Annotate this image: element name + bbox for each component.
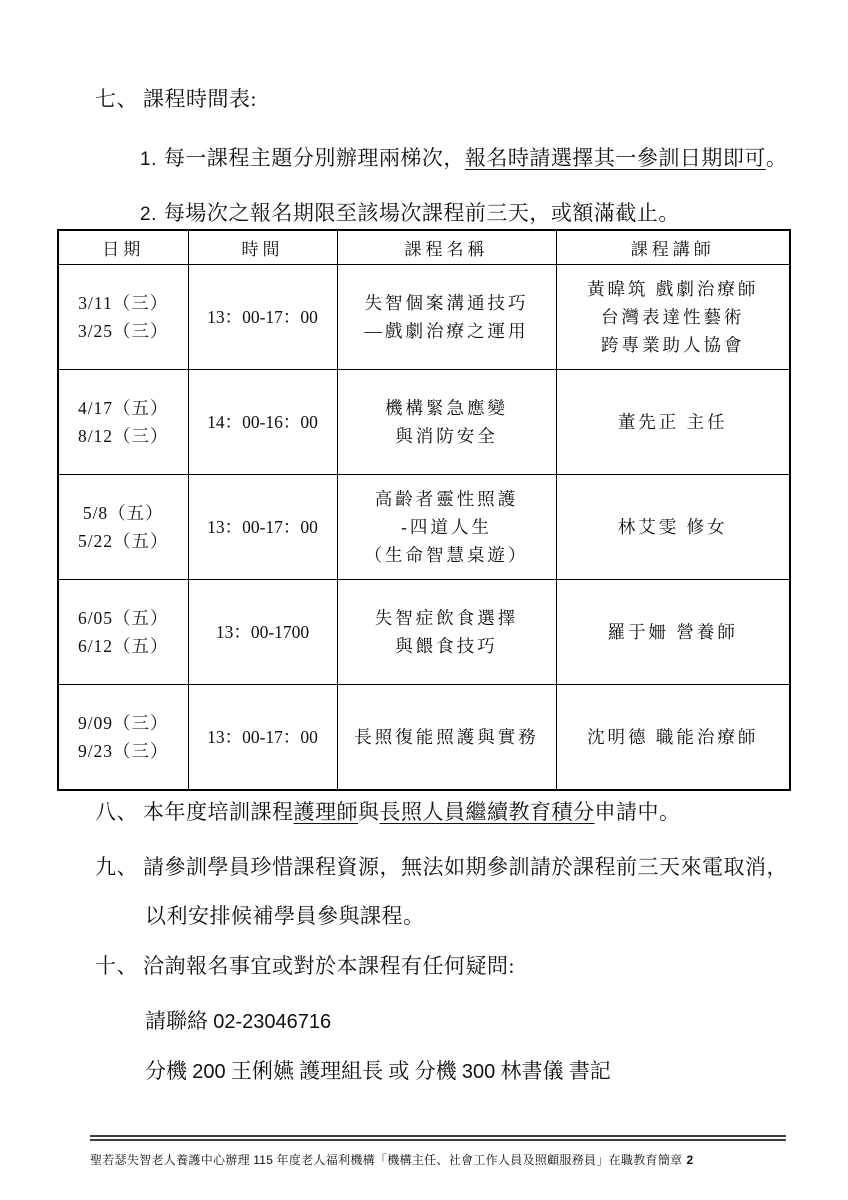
cell-dates: 6/05（五） 6/12（五） xyxy=(58,580,188,685)
note-1-underlined-text: 報名時請選擇其一參訓日期即可 xyxy=(465,146,766,170)
footer-page-number: 2 xyxy=(686,1153,693,1167)
cell-instructor: 林艾雯 修女 xyxy=(556,475,790,580)
cell-time: 13：00-17：00 xyxy=(188,685,337,791)
section-7-heading: 七、課程時間表: xyxy=(95,86,257,112)
extension-label-2: 王俐嬿 護理組長 或 分機 xyxy=(226,1059,462,1083)
document-page: 七、課程時間表: 1.每一課程主題分別辦理兩梯次，報名時請選擇其一參訓日期即可。… xyxy=(0,0,848,1200)
table-row: 5/8（五） 5/22（五） 13：00-17：00 高齡者靈性照護 -四道人生… xyxy=(58,475,790,580)
extension-label-3: 林書儀 書記 xyxy=(495,1059,611,1083)
extension-number-300: 300 xyxy=(462,1061,495,1083)
cell-course: 失智個案溝通技巧 —戲劇治療之運用 xyxy=(337,265,556,370)
cell-course: 高齡者靈性照護 -四道人生 （生命智慧桌遊） xyxy=(337,475,556,580)
section-8-underlined-nurse: 護理師 xyxy=(294,800,359,824)
cell-course: 失智症飲食選擇 與餵食技巧 xyxy=(337,580,556,685)
cell-course: 機構緊急應變 與消防安全 xyxy=(337,370,556,475)
table-row: 9/09（三） 9/23（三） 13：00-17：00 長照復能照護與實務 沈明… xyxy=(58,685,790,791)
section-9-number: 九、 xyxy=(95,854,143,880)
section-9-text-1: 請參訓學員珍惜課程資源，無法如期參訓請於課程前三天來電取消， xyxy=(143,855,788,879)
footer-divider-line xyxy=(90,1135,786,1141)
section-7-number: 七、 xyxy=(95,86,143,112)
table-row: 4/17（五） 8/12（三） 14：00-16：00 機構緊急應變 與消防安全… xyxy=(58,370,790,475)
note-1-number: 1. xyxy=(140,149,157,170)
cell-dates: 3/11（三） 3/25（三） xyxy=(58,265,188,370)
note-2-text: 每場次之報名期限至該場次課程前三天，或額滿截止。 xyxy=(164,201,680,225)
cell-time: 13：00-17：00 xyxy=(188,475,337,580)
section-10-title: 洽詢報名事宜或對於本課程有任何疑問: xyxy=(143,954,515,978)
header-instructor: 課程講師 xyxy=(556,230,790,265)
section-10-heading: 十、洽詢報名事宜或對於本課程有任何疑問: xyxy=(95,953,515,979)
section-9-text-2: 以利安排候補學員參與課程。 xyxy=(145,904,425,928)
footer-year-number: 115 xyxy=(253,1153,273,1167)
course-schedule-table-container: 日期 時間 課程名稱 課程講師 3/11（三） 3/25（三） 13：00-17… xyxy=(57,229,791,791)
cell-dates: 5/8（五） 5/22（五） xyxy=(58,475,188,580)
section-10-number: 十、 xyxy=(95,953,143,979)
extension-label-1: 分機 xyxy=(145,1059,192,1083)
section-8-text: 本年度培訓課程 xyxy=(143,800,294,824)
contact-phone-number: 02-23046716 xyxy=(213,1011,331,1033)
footer-text: 聖若瑟失智老人養護中心辦理 115 年度老人福利機構「機構主任、社會工作人員及照… xyxy=(90,1152,693,1168)
section-8: 八、本年度培訓課程護理師與長照人員繼續教育積分申請中。 xyxy=(95,799,681,825)
cell-instructor: 董先正 主任 xyxy=(556,370,790,475)
section-8-number: 八、 xyxy=(95,799,143,825)
cell-course: 長照復能照護與實務 xyxy=(337,685,556,791)
note-1: 1.每一課程主題分別辦理兩梯次，報名時請選擇其一參訓日期即可。 xyxy=(140,145,787,173)
section-8-text-mid: 與 xyxy=(358,800,380,824)
note-2: 2.每場次之報名期限至該場次課程前三天，或額滿截止。 xyxy=(140,200,680,228)
cell-instructor: 羅于姍 營養師 xyxy=(556,580,790,685)
section-9-line-2: 以利安排候補學員參與課程。 xyxy=(145,903,425,929)
section-9-line-1: 九、請參訓學員珍惜課程資源，無法如期參訓請於課程前三天來電取消， xyxy=(95,854,788,880)
cell-time: 13：00-1700 xyxy=(188,580,337,685)
cell-time: 14：00-16：00 xyxy=(188,370,337,475)
table-row: 6/05（五） 6/12（五） 13：00-1700 失智症飲食選擇 與餵食技巧… xyxy=(58,580,790,685)
cell-dates: 4/17（五） 8/12（三） xyxy=(58,370,188,475)
cell-dates: 9/09（三） 9/23（三） xyxy=(58,685,188,791)
footer-title-text: 年度老人福利機構「機構主任、社會工作人員及照顧服務員」在職教育簡章 xyxy=(273,1153,682,1167)
cell-instructor: 黃暐筑 戲劇治療師 台灣表達性藝術 跨專業助人協會 xyxy=(556,265,790,370)
section-7-title: 課程時間表: xyxy=(143,87,257,111)
course-schedule-table: 日期 時間 課程名稱 課程講師 3/11（三） 3/25（三） 13：00-17… xyxy=(57,229,791,791)
contact-phone-line: 請聯絡 02-23046716 xyxy=(145,1008,331,1035)
extension-number-200: 200 xyxy=(192,1061,225,1083)
table-header-row: 日期 時間 課程名稱 課程講師 xyxy=(58,230,790,265)
note-2-number: 2. xyxy=(140,204,157,225)
note-1-text: 每一課程主題分別辦理兩梯次， xyxy=(164,146,465,170)
section-8-text-end: 申請中。 xyxy=(595,800,681,824)
table-row: 3/11（三） 3/25（三） 13：00-17：00 失智個案溝通技巧 —戲劇… xyxy=(58,265,790,370)
footer-org-text: 聖若瑟失智老人養護中心辦理 xyxy=(90,1153,253,1167)
header-date: 日期 xyxy=(58,230,188,265)
note-1-period: 。 xyxy=(766,146,788,170)
section-8-underlined-longcare: 長照人員繼續教育積分 xyxy=(380,800,595,824)
contact-extension-line: 分機 200 王俐嬿 護理組長 或 分機 300 林書儀 書記 xyxy=(145,1058,611,1085)
header-course-name: 課程名稱 xyxy=(337,230,556,265)
header-time: 時間 xyxy=(188,230,337,265)
cell-time: 13：00-17：00 xyxy=(188,265,337,370)
cell-instructor: 沈明德 職能治療師 xyxy=(556,685,790,791)
contact-label: 請聯絡 xyxy=(145,1009,213,1033)
